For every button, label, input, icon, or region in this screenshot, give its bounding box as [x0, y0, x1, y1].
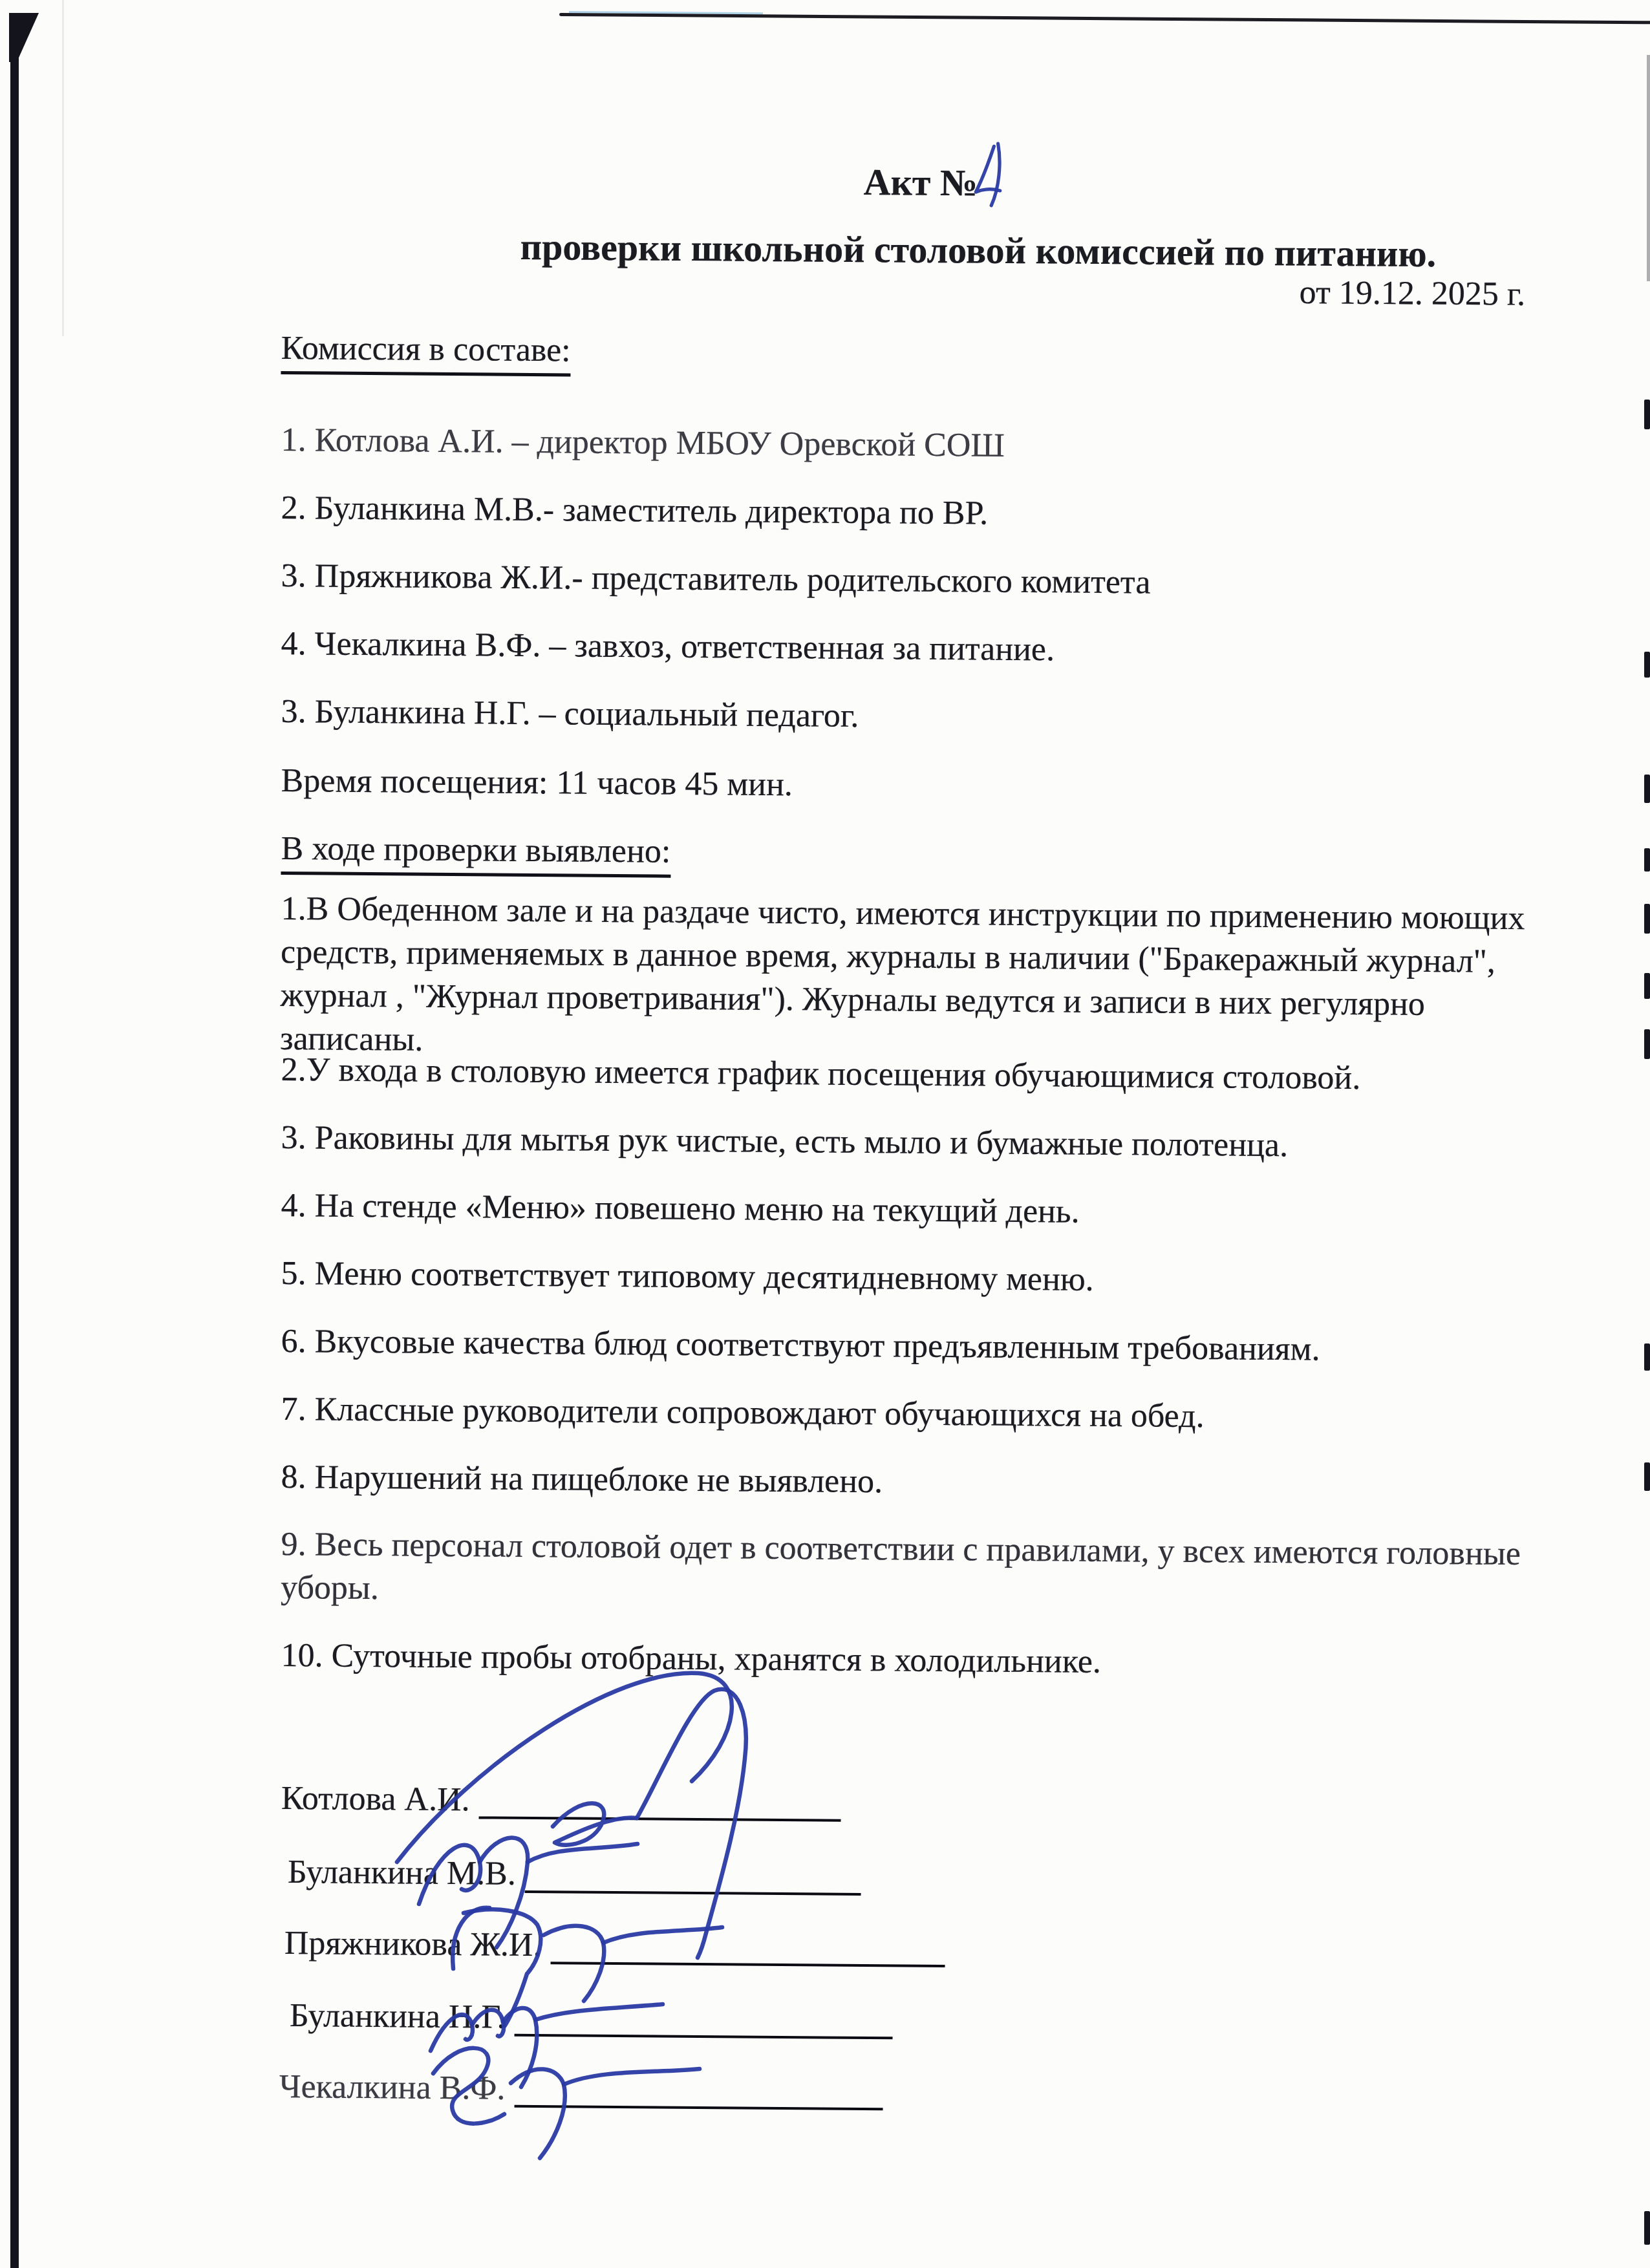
scan-edge-left-bar [10, 14, 19, 2268]
commission-member: 3. Буланкина Н.Г. – социальный педагог. [281, 690, 859, 737]
scan-edge-top-line [559, 13, 1650, 24]
finding-item: 2.У входа в столовую имеется график посе… [281, 1049, 1360, 1099]
signature-name: Чекалкина В.Ф. [279, 2068, 506, 2108]
scan-edge-right-dash [1644, 1462, 1650, 1491]
scan-edge-right-dash [1644, 400, 1650, 429]
commission-member: 2. Буланкина М.В.- заместитель директора… [281, 487, 988, 535]
finding-item: 3. Раковины для мытья рук чистые, есть м… [281, 1117, 1288, 1166]
signature-name: Котлова А.И. [281, 1779, 470, 1819]
signature-name: Пряжникова Ж.И. [284, 1924, 542, 1964]
signature-line [525, 1856, 861, 1896]
commission-member: 3. Пряжникова Ж.И.- представитель родите… [281, 555, 1150, 604]
signature-row: Буланкина М.В. [288, 1853, 861, 1896]
scan-edge-right-dash [1644, 2211, 1650, 2245]
scanned-document-page: Акт № 4 проверки школьной столовой комис… [0, 0, 1650, 2268]
signature-name: Буланкина М.В. [288, 1853, 517, 1893]
signature-line [514, 1999, 892, 2040]
findings-header: В ходе проверки выявлено: [281, 828, 670, 873]
findings-header-text: В ходе проверки выявлено: [281, 830, 670, 878]
signature-row: Котлова А.И. [281, 1779, 841, 1822]
scan-faint-vertical-line [62, 0, 64, 336]
finding-item: 1.В Обеденном зале и на раздаче чисто, и… [280, 887, 1565, 1071]
finding-item: 5. Меню соответствует типовому десятидне… [281, 1252, 1093, 1301]
document-title: Акт № [863, 159, 978, 207]
signature-row: Буланкина Н.Г. [290, 1996, 893, 2039]
signature-row: Чекалкина В.Ф. [279, 2068, 883, 2110]
finding-item: 9. Весь персонал столовой одет в соответ… [281, 1523, 1581, 1620]
commission-member: 4. Чекалкина В.Ф. – завхоз, ответственна… [281, 623, 1055, 670]
signature-row: Пряжникова Ж.И. [284, 1924, 945, 1967]
finding-item: 7. Классные руководители сопровождают об… [281, 1388, 1204, 1437]
commission-member: 1. Котлова А.И. – директор МБОУ Оревской… [281, 419, 1005, 467]
finding-item: 10. Суточные пробы отобраны, хранятся в … [281, 1634, 1101, 1683]
scan-edge-right-dash [1644, 904, 1650, 934]
signature-line [550, 1927, 945, 1967]
finding-item: 4. На стенде «Меню» повешено меню на тек… [281, 1184, 1079, 1233]
commission-header-text: Комиссия в составе: [281, 330, 570, 377]
scan-edge-right-dash [1644, 1343, 1650, 1371]
commission-header: Комиссия в составе: [281, 327, 570, 372]
document-subtitle: проверки школьной столовой комиссией по … [520, 224, 1436, 278]
scan-edge-right-dash [1644, 1029, 1650, 1059]
scan-edge-right-smear [1647, 55, 1650, 281]
signature-line [478, 1781, 841, 1821]
scan-edge-right-dash [1644, 973, 1650, 999]
signature-name: Буланкина Н.Г. [290, 1996, 506, 2037]
scan-edge-right-dash [1644, 775, 1650, 803]
scan-edge-corner-wedge [9, 13, 39, 62]
finding-item: 6. Вкусовые качества блюд соответствуют … [281, 1320, 1320, 1371]
finding-item: 8. Нарушений на пищеблоке не выявлено. [281, 1456, 883, 1503]
scan-edge-right-dash [1644, 848, 1650, 872]
visit-time: Время посещения: 11 часов 45 мин. [281, 760, 793, 806]
signature-line [514, 2070, 883, 2110]
document-date: от 19.12. 2025 г. [1299, 272, 1525, 316]
scan-edge-right-dash [1644, 652, 1650, 678]
